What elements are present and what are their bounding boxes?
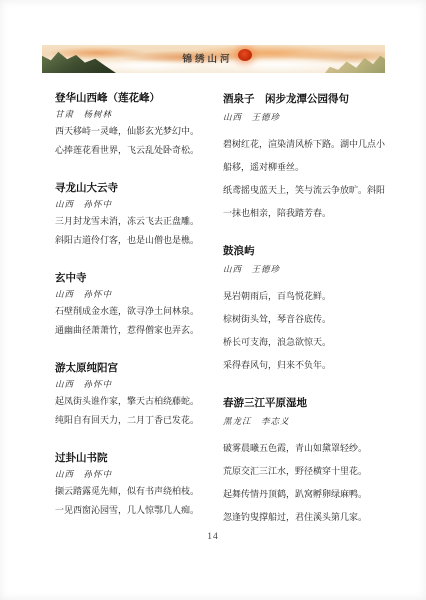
poem-line: 三月封龙雪未消，冻云飞去正盘雕。 <box>55 212 207 231</box>
poem: 春游三江平原湿地 黑龙江 李志义 破雾晨曦五色霞，青山如黛罩轻纱。 荒原交汇三江… <box>223 394 386 529</box>
poem: 游太原纯阳宫 山西 孙怀中 起凤街头谁作家，擎天古柏绕藤蛇。 纯阳自有回天力，二… <box>55 360 207 430</box>
poem-title: 鼓浪屿 <box>223 242 386 260</box>
poem-author: 黑龙江 李志义 <box>223 412 386 430</box>
poem-line: 斜阳古道伶仃客，也是山僧也是樵。 <box>55 231 207 250</box>
poem-columns: 登华山西峰（莲花峰） 甘肃 杨树林 西天移峙一灵峰，仙影玄光梦幻中。 心捧莲花看… <box>55 90 386 546</box>
left-column: 登华山西峰（莲花峰） 甘肃 杨树林 西天移峙一灵峰，仙影玄光梦幻中。 心捧莲花看… <box>55 90 207 546</box>
poem-title: 酒泉子 闲步龙潭公园得句 <box>223 90 386 108</box>
poem-author: 山西 王德珍 <box>223 260 386 278</box>
document-page: 锦绣山河 登华山西峰（莲花峰） 甘肃 杨树林 西天移峙一灵峰，仙影玄光梦幻中。 … <box>0 0 426 600</box>
poem-author: 山西 孙怀中 <box>55 196 207 212</box>
poem: 玄中寺 山西 孙怀中 石壁削成金水莲，欲寻净土问林泉。 通幽曲径萧萧竹，惹得僧家… <box>55 270 207 340</box>
poem-paragraph: 纸鸢摇曳蓝天上，笑与流云争放旷。斜阳一抹也相亲，陪我踏芳春。 <box>223 179 386 225</box>
poem-title: 春游三江平原湿地 <box>223 394 386 412</box>
sun-icon <box>238 49 252 61</box>
poem-line: 忽逢钓叟撑船过，君住溪头第几家。 <box>223 506 386 529</box>
page-number: 14 <box>0 532 426 542</box>
poem: 寻龙山大云寺 山西 孙怀中 三月封龙雪未消，冻云飞去正盘雕。 斜阳古道伶仃客，也… <box>55 180 207 250</box>
poem-author: 山西 王德珍 <box>223 108 386 126</box>
banner-title: 锦绣山河 <box>182 51 232 65</box>
poem-line: 荒原交汇三江水，野径横穿十里花。 <box>223 460 386 483</box>
poem-line: 棕树街头耸，琴音谷底传。 <box>223 308 386 331</box>
poem: 过卦山书院 山西 孙怀中 撷云踏露觅先师，似有书声绕柏枝。 一见西窗沁园雪，几人… <box>55 450 207 520</box>
poem-line: 西天移峙一灵峰，仙影玄光梦幻中。 <box>55 122 207 141</box>
poem-title: 登华山西峰（莲花峰） <box>55 90 207 106</box>
poem-author: 山西 孙怀中 <box>55 376 207 392</box>
header-banner: 锦绣山河 <box>42 45 385 73</box>
poem-line: 桥长可支海，浪急欲惊天。 <box>223 331 386 354</box>
poem-title: 游太原纯阳宫 <box>55 360 207 376</box>
poem-line: 起凤街头谁作家，擎天古柏绕藤蛇。 <box>55 392 207 411</box>
poem-line: 纯阳自有回天力，二月丁香已发花。 <box>55 411 207 430</box>
mountain-art-right <box>325 52 385 73</box>
poem: 登华山西峰（莲花峰） 甘肃 杨树林 西天移峙一灵峰，仙影玄光梦幻中。 心捧莲花看… <box>55 90 207 160</box>
poem: 酒泉子 闲步龙潭公园得句 山西 王德珍 碧树红花，渲染清风桥下路。湖中几点小船移… <box>223 90 386 225</box>
poem-line: 破雾晨曦五色霞，青山如黛罩轻纱。 <box>223 437 386 460</box>
poem-line: 石壁削成金水莲，欲寻净土问林泉。 <box>55 302 207 321</box>
poem-line: 通幽曲径萧萧竹，惹得僧家也弄玄。 <box>55 321 207 340</box>
poem: 鼓浪屿 山西 王德珍 晃岩朝雨后，百鸟悦花鲜。 棕树街头耸，琴音谷底传。 桥长可… <box>223 242 386 377</box>
poem-line: 晃岩朝雨后，百鸟悦花鲜。 <box>223 285 386 308</box>
poem-author: 山西 孙怀中 <box>55 286 207 302</box>
poem-line: 一见西窗沁园雪，几人惊鄂几人痴。 <box>55 501 207 520</box>
mountain-art-left <box>42 50 116 73</box>
poem-title: 玄中寺 <box>55 270 207 286</box>
poem-author: 甘肃 杨树林 <box>55 106 207 122</box>
poem-title: 寻龙山大云寺 <box>55 180 207 196</box>
right-column: 酒泉子 闲步龙潭公园得句 山西 王德珍 碧树红花，渲染清风桥下路。湖中几点小船移… <box>223 90 386 546</box>
poem-paragraph: 碧树红花，渲染清风桥下路。湖中几点小船移，遥对柳垂丝。 <box>223 133 386 179</box>
poem-line: 心捧莲花看世界，飞云乱处卧奇松。 <box>55 141 207 160</box>
poem-line: 起舞传情丹顶鹤，趴窝孵卵绿麻鸭。 <box>223 483 386 506</box>
poem-line: 采得春风句，归来不负年。 <box>223 354 386 377</box>
poem-line: 撷云踏露觅先师，似有书声绕柏枝。 <box>55 482 207 501</box>
poem-author: 山西 孙怀中 <box>55 466 207 482</box>
poem-title: 过卦山书院 <box>55 450 207 466</box>
